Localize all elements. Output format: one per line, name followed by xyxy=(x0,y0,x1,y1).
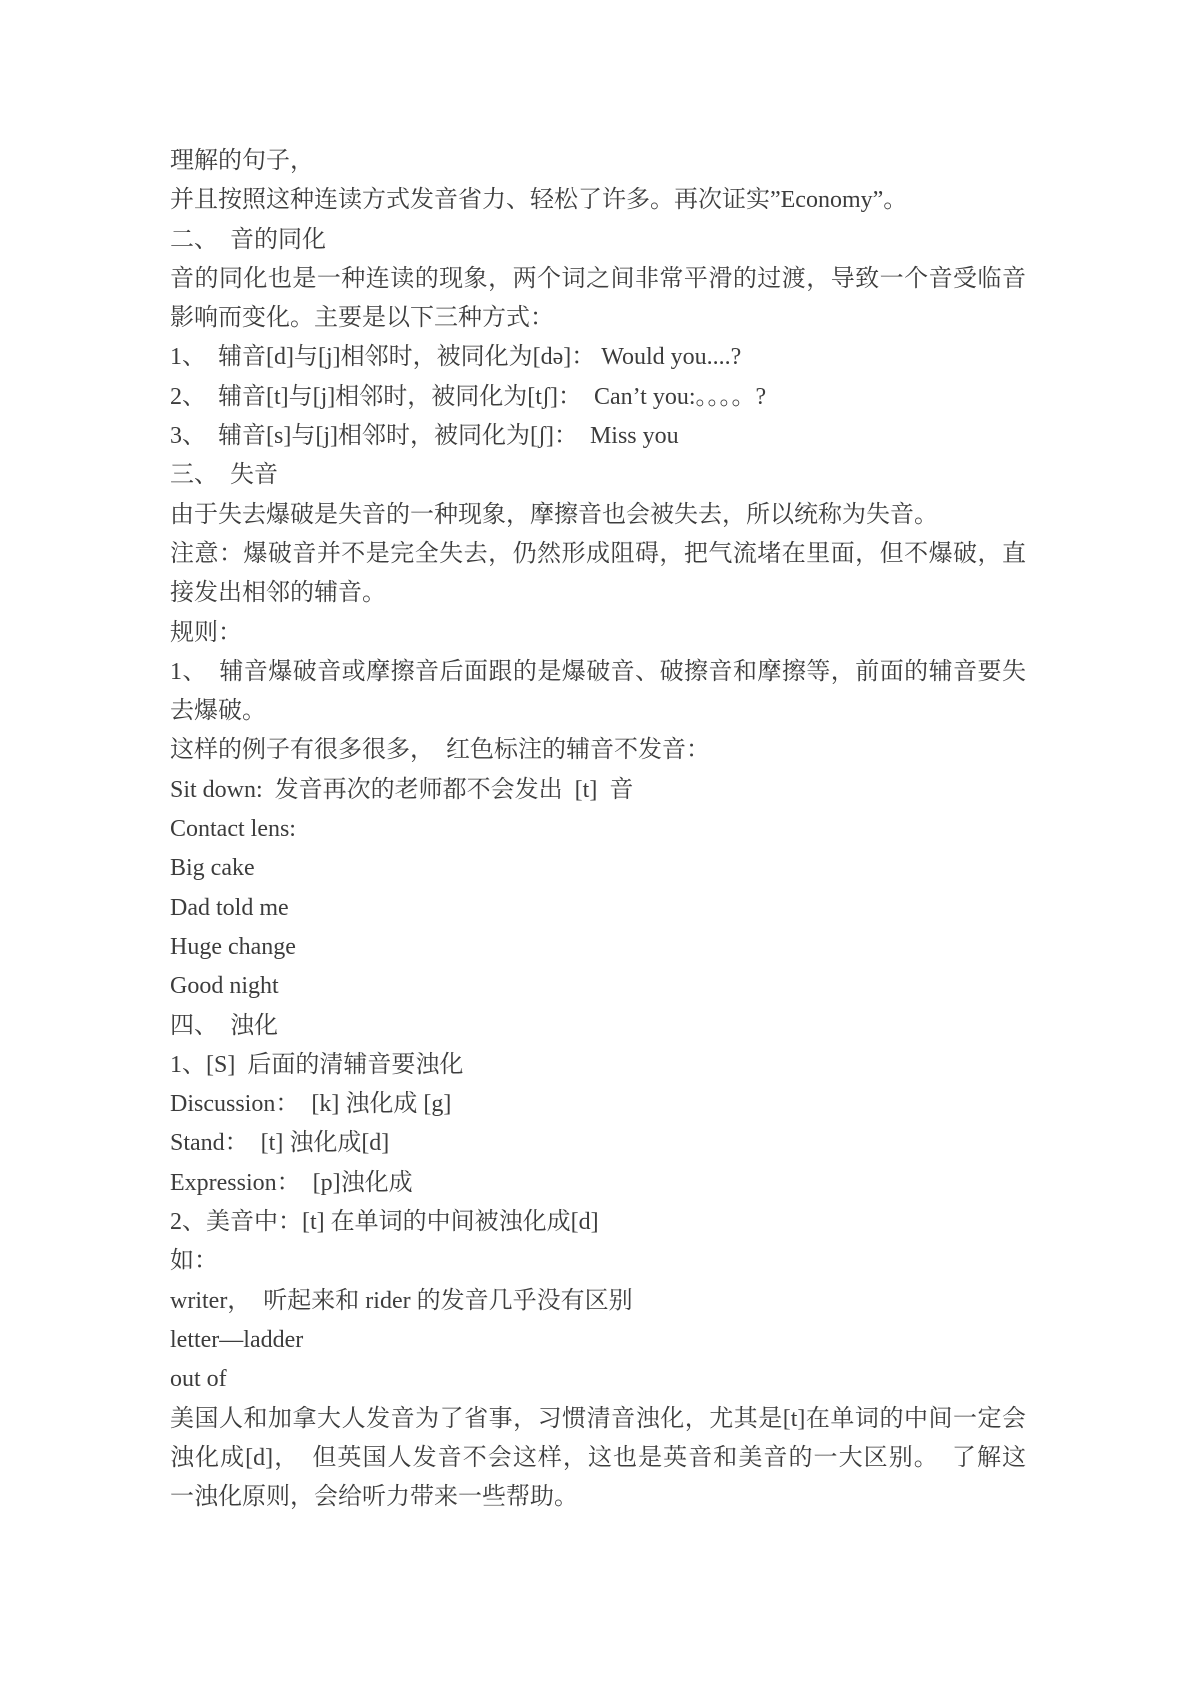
doc-line: 并且按照这种连读方式发音省力、轻松了许多。再次证实”Economy”。 xyxy=(170,181,1026,220)
doc-line: 由于失去爆破是失音的一种现象，摩擦音也会被失去，所以统称为失音。 xyxy=(170,496,1026,535)
section-heading-loss-of-sound: 三、 失音 xyxy=(170,456,1026,495)
example-discussion: Discussion： [k] 浊化成 [g] xyxy=(170,1085,1026,1124)
example-good-night: Good night xyxy=(170,967,1026,1006)
example-contact-lens: Contact lens: xyxy=(170,810,1026,849)
list-item-2: 2、 辅音[t]与[j]相邻时，被同化为[tʃ]： Can’t you:。。。。… xyxy=(170,378,1026,417)
example-stand: Stand： [t] 浊化成[d] xyxy=(170,1124,1026,1163)
doc-line: 理解的句子， xyxy=(170,142,1026,181)
document-page: 理解的句子， 并且按照这种连读方式发音省力、轻松了许多。再次证实”Economy… xyxy=(0,0,1200,1698)
doc-line: 音的同化也是一种连读的现象，两个词之间非常平滑的过渡，导致一个音受临音 xyxy=(170,260,1026,299)
list-item-3: 3、 辅音[s]与[j]相邻时，被同化为[ʃ]： Miss you xyxy=(170,417,1026,456)
doc-line: 影响而变化。主要是以下三种方式： xyxy=(170,299,1026,338)
doc-line: 这样的例子有很多很多， 红色标注的辅音不发音： xyxy=(170,731,1026,770)
doc-line: 注意：爆破音并不是完全失去，仍然形成阻碍，把气流堵在里面，但不爆破，直 xyxy=(170,535,1026,574)
example-out-of: out of xyxy=(170,1360,1026,1399)
doc-line: 美国人和加拿大人发音为了省事，习惯清音浊化，尤其是[t]在单词的中间一定会 xyxy=(170,1400,1026,1439)
example-dad-told-me: Dad told me xyxy=(170,889,1026,928)
document-content: 理解的句子， 并且按照这种连读方式发音省力、轻松了许多。再次证实”Economy… xyxy=(170,142,1026,1517)
example-writer-rider: writer， 听起来和 rider 的发音几乎没有区别 xyxy=(170,1282,1026,1321)
example-sit-down: Sit down: 发音再次的老师都不会发出 [t] 音 xyxy=(170,771,1026,810)
doc-line: 如： xyxy=(170,1242,1026,1281)
list-item-voicing-2: 2、美音中：[t] 在单词的中间被浊化成[d] xyxy=(170,1203,1026,1242)
doc-line: 规则： xyxy=(170,614,1026,653)
list-item-1: 1、 辅音[d]与[j]相邻时，被同化为[də]： Would you....? xyxy=(170,338,1026,377)
doc-line: 浊化成[d]， 但英国人发音不会这样，这也是英音和美音的一大区别。 了解这 xyxy=(170,1439,1026,1478)
list-item-voicing-1: 1、[S] 后面的清辅音要浊化 xyxy=(170,1046,1026,1085)
doc-line: 一浊化原则，会给听力带来一些帮助。 xyxy=(170,1478,1026,1517)
example-big-cake: Big cake xyxy=(170,849,1026,888)
example-letter-ladder: letter—ladder xyxy=(170,1321,1026,1360)
example-expression: Expression： [p]浊化成 xyxy=(170,1164,1026,1203)
doc-line: 去爆破。 xyxy=(170,692,1026,731)
example-huge-change: Huge change xyxy=(170,928,1026,967)
doc-line: 接发出相邻的辅音。 xyxy=(170,574,1026,613)
list-item-rule-1: 1、 辅音爆破音或摩擦音后面跟的是爆破音、破擦音和摩擦等，前面的辅音要失 xyxy=(170,653,1026,692)
section-heading-assimilation: 二、 音的同化 xyxy=(170,221,1026,260)
section-heading-voicing: 四、 浊化 xyxy=(170,1007,1026,1046)
